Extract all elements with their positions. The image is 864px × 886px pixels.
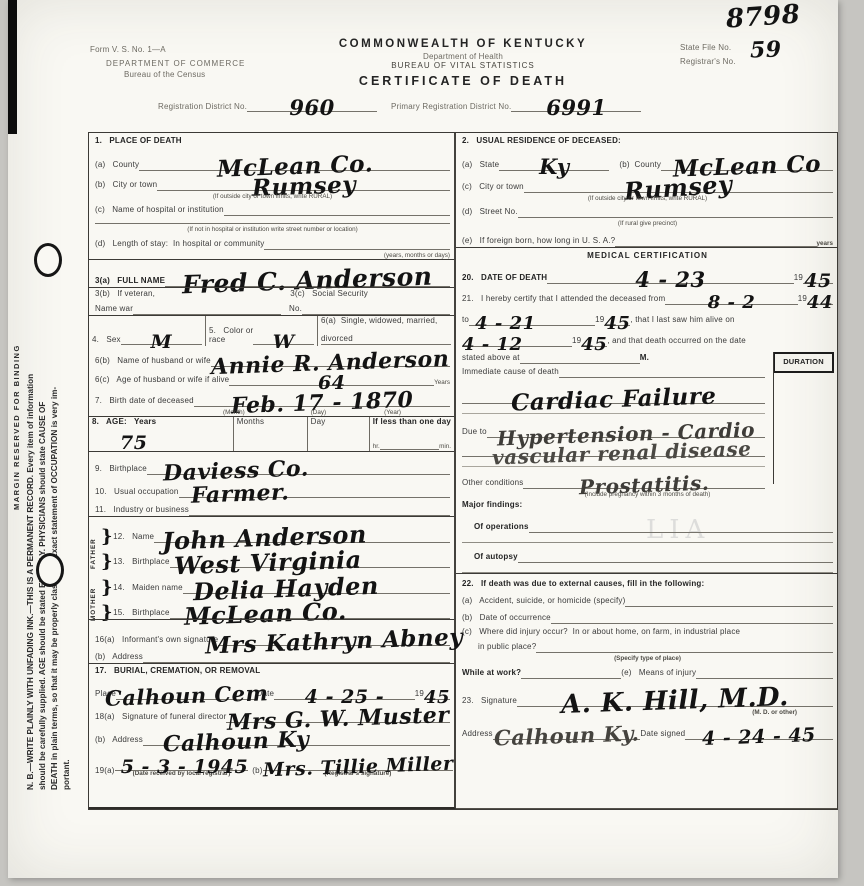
day-sub: (Day) [311,410,326,416]
father-bp-brace: } [101,555,113,569]
marital-label2: divorced [321,335,451,345]
birthdate-label: 7. Birth date of deceased [95,397,194,407]
hr-label: hr. [373,444,380,450]
scanned-death-certificate: { "margin": { "binding": "MARGIN RESERVE… [0,0,864,886]
funeral-address-label: (b) Address [95,736,143,746]
certify-text-2: , that I last saw him alive on [630,316,734,326]
place-of-death-title: 1. PLACE OF DEATH [95,137,182,147]
war-label: Name war [95,305,133,315]
scan-edge-artifact [8,0,17,134]
mother-birthplace-label: 15. Birthplace [113,609,170,619]
hospital-label: (c) Name of hospital or institution [95,206,224,216]
last-19: 19 [572,337,581,347]
race-label: 5. Color orrace [209,326,253,345]
birthplace-label: 9. Birthplace [95,465,147,475]
informant-label: 16(a) Informant's own signature [95,636,218,646]
father-birthplace-label: 13. Birthplace [113,558,170,568]
registrar-no-label: Registrar's No. [680,58,736,67]
state-file-no-label: State File No. [680,44,731,53]
informant-address-label: (b) Address [95,653,143,663]
of-operations-label: Of operations [474,523,529,533]
month-sub: (Month) [223,410,245,416]
commonwealth-title: COMMONWEALTH OF KENTUCKY [278,38,648,50]
mother-bp-brace: } [101,606,113,620]
physician-address-value: Calhoun Ky. [494,726,640,747]
mother-maiden-label: 14. Maiden name [113,584,183,594]
father-brace: } [101,530,113,544]
certificate-form: 1. PLACE OF DEATH (a) County McLean Co. … [88,132,838,810]
to-19: 19 [595,316,604,326]
length-of-stay-label: (d) Length of stay: In hospital or commu… [95,240,264,250]
external-causes-title: 22. If death was due to external causes,… [462,580,704,590]
residence-county-label: (b) County [619,161,661,171]
burial-yr-printed: 19 [415,690,424,700]
residence-title: 2. USUAL RESIDENCE OF DECEASED: [462,137,621,147]
sex-label: 4. Sex [92,336,121,345]
registrar-sig-value: Mrs. Tillie Miller [262,757,453,778]
bureau-vital-statistics: BUREAU OF VITAL STATISTICS [278,62,648,71]
occupation-label: 10. Usual occupation [95,488,179,498]
registration-district-line: Registration District No. 960 Primary Re… [158,100,718,112]
binding-hole-top [34,243,62,277]
major-findings-label: Major findings: [462,501,522,511]
marital-label: 6(a) Single, widowed, married, [321,317,451,326]
registrar-no-value: 59 [750,41,782,59]
dept-commerce: DEPARTMENT OF COMMERCE [106,60,245,69]
residence-state-label: (a) State [462,161,499,171]
age-day-label: Day [311,418,366,427]
age-years-value: 75 [120,436,230,450]
mother-brace: } [101,581,113,595]
form-number: Form V. S. No. 1—A [90,46,166,55]
certificate-paper: MARGIN RESERVED FOR BINDING N. B.—WRITE … [8,0,838,878]
accident-label: (a) Accident, suicide, or homicide (spec… [462,597,625,607]
physician-signature-label: 23. Signature [462,697,517,707]
medical-certification-title: MEDICAL CERTIFICATION [587,252,708,262]
from-19: 19 [798,295,807,305]
reg-district-label: Registration District No. [158,103,247,112]
spouse-age-label: 6(c) Age of husband or wife if alive [95,376,229,386]
immediate-cause-label: Immediate cause of death [462,368,559,378]
certify-text-3: , and that death occurred on the date [607,337,746,347]
binding-hole-bottom [36,553,64,587]
injury-where-label-2: in public place? [478,643,536,653]
date-signed-value: 4 - 24 - 45 [702,728,816,746]
foreign-born-label: (e) If foreign born, how long in U. S. A… [462,237,615,247]
while-at-work-label: While at work? [462,669,521,679]
sex-race-marital-row: 4. Sex M 5. Color orrace W 6(a) Single, … [89,315,454,346]
means-of-injury-label: (e) Means of injury [621,669,696,679]
county-label: (a) County [95,161,139,171]
due-to-label: Due to [462,428,487,438]
age-row: 8. AGE: Years 75 Months Day If less than… [89,416,454,451]
registrar-received-label: 19(a) [95,767,115,777]
veteran-label: 3(b) If veteran, [95,290,290,300]
stated-above-label: stated above at [462,354,520,364]
age-less-label: If less than one day [373,418,451,427]
injury-where-label-1: (c) Where did injury occur? In or about … [462,628,740,638]
left-column: 1. PLACE OF DEATH (a) County McLean Co. … [89,133,456,809]
bureau-census: Bureau of the Census [124,71,205,80]
ssn-label: 3(c) Social Security [290,290,368,300]
other-conditions-label: Other conditions [462,479,523,489]
burial-title: 17. BURIAL, CREMATION, OR REMOVAL [95,667,260,677]
certificate-title: CERTIFICATE OF DEATH [278,74,648,88]
primary-district-label: Primary Registration District No. [391,103,511,112]
full-name-label: 3(a) FULL NAME [95,277,165,287]
age-label: 8. AGE: Years [92,418,230,427]
dod-19: 19 [794,274,803,284]
industry-label: 11. Industry or business [95,506,189,516]
to-label: to [462,316,469,326]
ssn-no-label: No. [289,305,302,315]
physician-address-label: Address [462,730,493,740]
date-signed-label: Date signed [640,730,685,740]
registrar-received-value: 5 - 3 - 1945 [121,760,249,774]
parents-section: FATHER MOTHER } 12. Name John Anderson }… [89,516,454,619]
right-column: DURATION LIA 2. USUAL RESIDENCE OF DECEA… [456,133,837,809]
date-of-death-label: 20. DATE OF DEATH [462,274,547,284]
margin-binding-note: MARGIN RESERVED FOR BINDING [12,150,21,510]
street-label: (d) Street No. [462,208,518,218]
spouse-label: 6(b) Name of husband or wife [95,357,211,367]
occurrence-date-label: (b) Date of occurrence [462,614,551,624]
funeral-director-label: 18(a) Signature of funeral director [95,713,226,723]
residence-city-label: (c) City or town [462,183,524,193]
primary-district-value: 6991 [546,100,606,116]
reg-district-value: 960 [289,100,334,116]
margin-note-line4: portant. [62,726,71,790]
age-months-label: Months [237,418,304,427]
city-label: (b) City or town [95,181,157,191]
of-autopsy-label: Of autopsy [474,553,518,563]
min-label: min. [439,444,451,450]
father-name-label: 12. Name [113,533,154,543]
meridiem-label: M. [640,354,649,364]
year-sub: (Year) [384,410,401,416]
certify-text-1: 21. I hereby certify that I attended the… [462,295,665,305]
state-file-no-value: 8798 [725,5,801,30]
registrar-sig-prefix: (b) [252,767,262,777]
